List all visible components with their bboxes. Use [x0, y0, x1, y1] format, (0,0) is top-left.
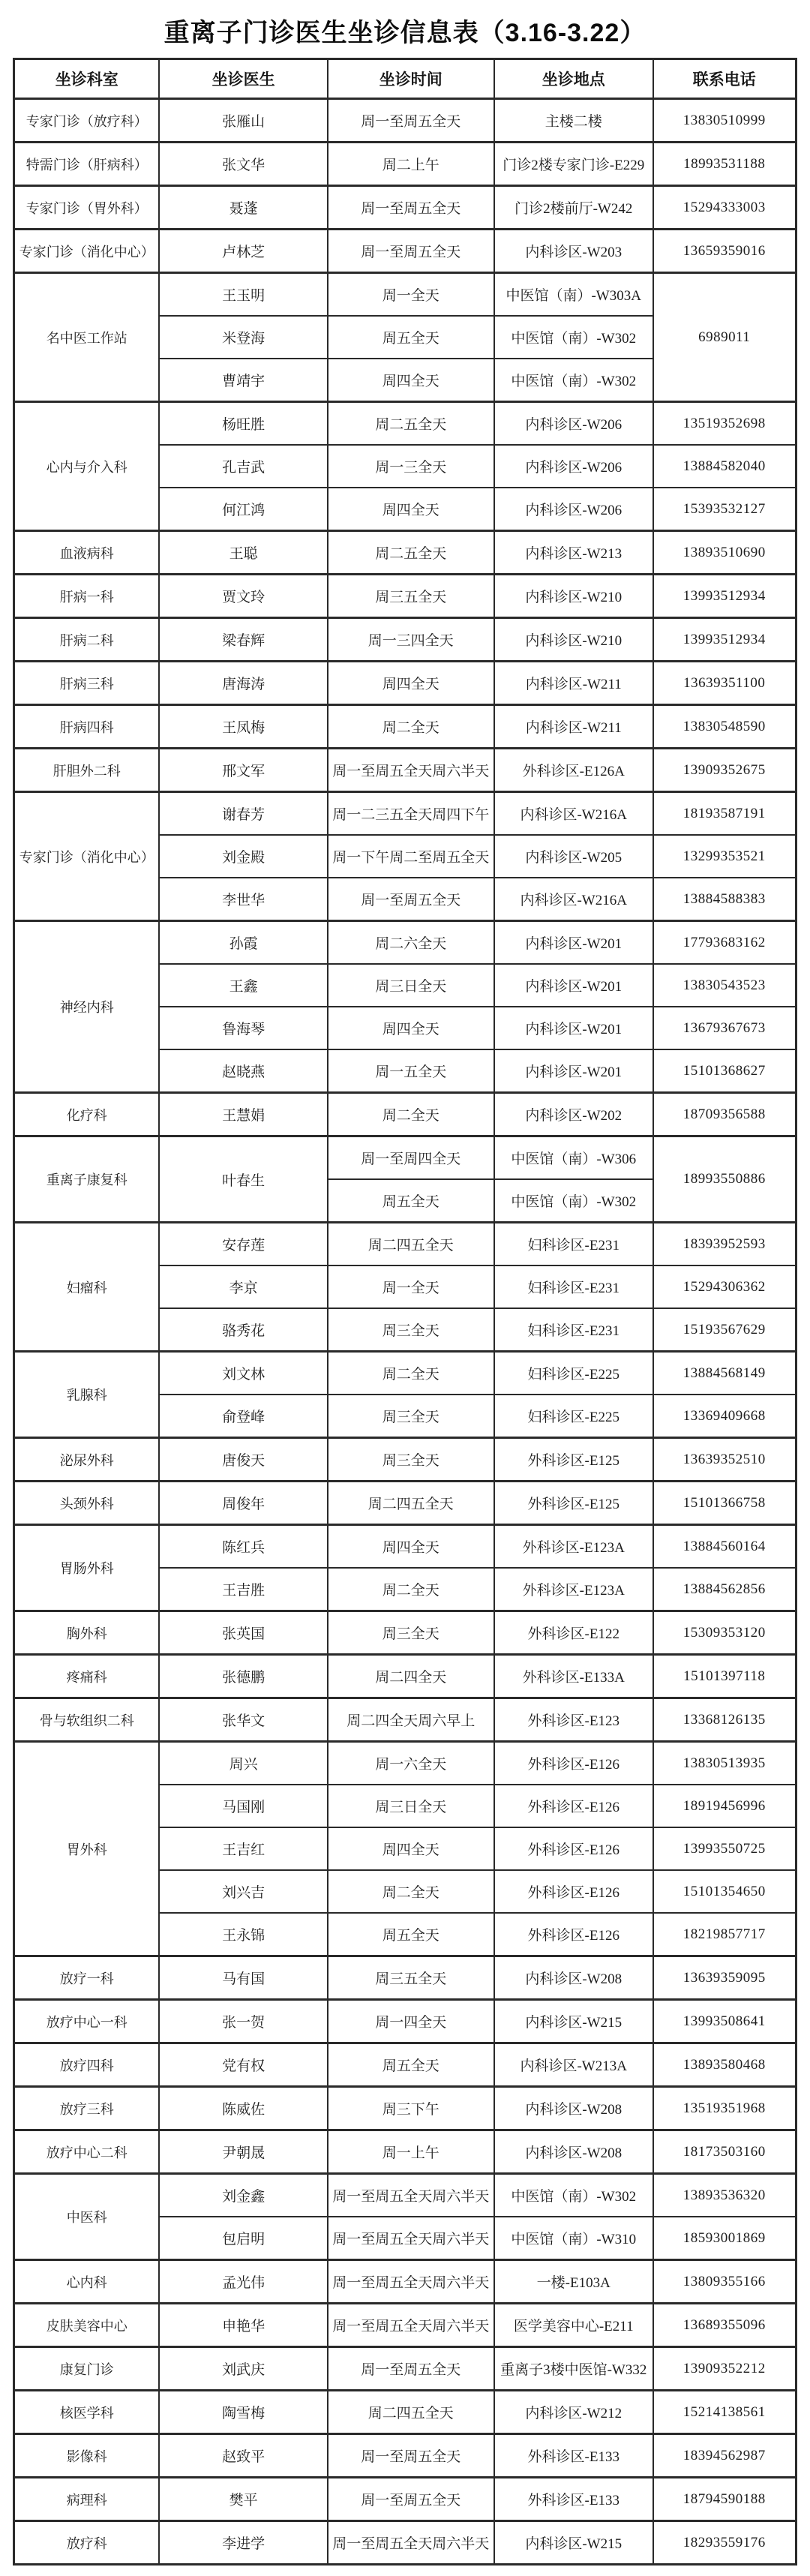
time-cell: 周一至周五全天 — [328, 230, 494, 273]
location-cell: 内科诊区-W216A — [494, 792, 653, 836]
doctor-cell: 马国刚 — [159, 1785, 327, 1827]
time-cell: 周二全天 — [328, 1568, 494, 1611]
location-cell: 妇科诊区-E225 — [494, 1352, 653, 1395]
doctor-cell: 赵晓燕 — [159, 1049, 327, 1093]
location-cell: 外科诊区-E126 — [494, 1785, 653, 1827]
phone-cell: 17793683162 — [653, 921, 796, 965]
column-header-doctor: 坐诊医生 — [159, 59, 327, 99]
location-cell: 外科诊区-E133 — [494, 2478, 653, 2521]
table-row: 头颈外科周俊年周二四五全天外科诊区-E12515101366758 — [14, 1482, 796, 1525]
location-cell: 外科诊区-E126A — [494, 749, 653, 792]
table-row: 核医学科陶雪梅周二四五全天内科诊区-W21215214138561 — [14, 2391, 796, 2434]
location-cell: 外科诊区-E126 — [494, 1913, 653, 1956]
department-cell: 肝病一科 — [14, 575, 160, 618]
doctor-cell: 王鑫 — [159, 964, 327, 1007]
time-cell: 周一至周五全天 — [328, 99, 494, 143]
table-row: 肝胆外二科邢文军周一至周五全天周六半天外科诊区-E126A13909352675 — [14, 749, 796, 792]
phone-cell: 15214138561 — [653, 2391, 796, 2434]
department-cell: 专家门诊（放疗科） — [14, 99, 160, 143]
phone-cell: 18709356588 — [653, 1093, 796, 1136]
location-cell: 中医馆（南）-W302 — [494, 2174, 653, 2217]
location-cell: 外科诊区-E123A — [494, 1525, 653, 1569]
location-cell: 中医馆（南）-W302 — [494, 316, 653, 359]
doctor-cell: 曹靖宇 — [159, 359, 327, 402]
doctor-cell: 包启明 — [159, 2217, 327, 2260]
phone-cell: 6989011 — [653, 273, 796, 402]
location-cell: 内科诊区-W210 — [494, 618, 653, 662]
location-cell: 中医馆（南）-W306 — [494, 1136, 653, 1180]
phone-cell: 13893510690 — [653, 531, 796, 575]
phone-cell: 13884562856 — [653, 1568, 796, 1611]
phone-cell: 15309353120 — [653, 1611, 796, 1655]
location-cell: 内科诊区-W201 — [494, 1049, 653, 1093]
time-cell: 周一至周五全天 — [328, 2347, 494, 2391]
table-row: 特需门诊（肝病科）张文华周二上午门诊2楼专家门诊-E22918993531188 — [14, 143, 796, 186]
location-cell: 重离子3楼中医馆-W332 — [494, 2347, 653, 2391]
doctor-cell: 孔吉武 — [159, 445, 327, 488]
phone-cell: 13884582040 — [653, 445, 796, 488]
phone-cell: 13679367673 — [653, 1007, 796, 1049]
doctor-cell: 卢林芝 — [159, 230, 327, 273]
phone-cell: 13993508641 — [653, 2000, 796, 2043]
phone-cell: 13830513935 — [653, 1742, 796, 1785]
phone-cell: 13830548590 — [653, 705, 796, 749]
location-cell: 内科诊区-W201 — [494, 1007, 653, 1049]
time-cell: 周四全天 — [328, 488, 494, 531]
phone-cell: 15101366758 — [653, 1482, 796, 1525]
phone-cell: 13639351100 — [653, 662, 796, 705]
doctor-cell: 张雁山 — [159, 99, 327, 143]
location-cell: 一楼-E103A — [494, 2260, 653, 2304]
time-cell: 周一至周五全天 — [328, 878, 494, 921]
table-title: 重离子门诊医生坐诊信息表（3.16-3.22） — [0, 12, 810, 49]
time-cell: 周三日全天 — [328, 1785, 494, 1827]
location-cell: 内科诊区-W206 — [494, 488, 653, 531]
phone-cell: 15101368627 — [653, 1049, 796, 1093]
department-cell: 肝胆外二科 — [14, 749, 160, 792]
time-cell: 周一上午 — [328, 2130, 494, 2174]
doctor-cell: 樊平 — [159, 2478, 327, 2521]
department-cell: 头颈外科 — [14, 1482, 160, 1525]
location-cell: 内科诊区-W208 — [494, 2130, 653, 2174]
phone-cell: 18173503160 — [653, 2130, 796, 2174]
time-cell: 周二全天 — [328, 705, 494, 749]
table-row: 肝病二科梁春辉周一三四全天内科诊区-W21013993512934 — [14, 618, 796, 662]
phone-cell: 15294306362 — [653, 1265, 796, 1308]
table-row: 放疗科李进学周一至周五全天周六半天内科诊区-W21518293559176 — [14, 2521, 796, 2565]
doctor-cell: 刘金鑫 — [159, 2174, 327, 2217]
phone-cell: 13993550725 — [653, 1827, 796, 1870]
doctor-cell: 陶雪梅 — [159, 2391, 327, 2434]
doctor-cell: 王玉明 — [159, 273, 327, 317]
table-row: 放疗中心二科尹朝晟周一上午内科诊区-W20818173503160 — [14, 2130, 796, 2174]
time-cell: 周二五全天 — [328, 402, 494, 446]
table-row: 专家门诊（放疗科）张雁山周一至周五全天主楼二楼13830510999 — [14, 99, 796, 143]
doctor-cell: 李进学 — [159, 2521, 327, 2565]
department-cell: 皮肤美容中心 — [14, 2304, 160, 2347]
department-cell: 肝病三科 — [14, 662, 160, 705]
table-row: 骨与软组织二科张华文周二四全天周六早上外科诊区-E12313368126135 — [14, 1698, 796, 1742]
department-cell: 核医学科 — [14, 2391, 160, 2434]
doctor-cell: 张一贺 — [159, 2000, 327, 2043]
doctor-cell: 周俊年 — [159, 1482, 327, 1525]
doctor-cell: 周兴 — [159, 1742, 327, 1785]
department-cell: 重离子康复科 — [14, 1136, 160, 1223]
time-cell: 周二上午 — [328, 143, 494, 186]
department-cell: 放疗一科 — [14, 1956, 160, 2000]
table-row: 中医科刘金鑫周一至周五全天周六半天中医馆（南）-W30213893536320 — [14, 2174, 796, 2217]
time-cell: 周二四五全天 — [328, 2391, 494, 2434]
department-cell: 疼痛科 — [14, 1655, 160, 1698]
table-row: 疼痛科张德鹏周二四全天外科诊区-E133A15101397118 — [14, 1655, 796, 1698]
department-cell: 放疗三科 — [14, 2087, 160, 2130]
location-cell: 内科诊区-W208 — [494, 2087, 653, 2130]
location-cell: 外科诊区-E126 — [494, 1827, 653, 1870]
doctor-cell: 王慧娟 — [159, 1093, 327, 1136]
location-cell: 外科诊区-E133 — [494, 2434, 653, 2478]
time-cell: 周一至周五全天周六半天 — [328, 749, 494, 792]
time-cell: 周二四五全天 — [328, 1482, 494, 1525]
doctor-cell: 叶春生 — [159, 1136, 327, 1223]
time-cell: 周二四全天 — [328, 1655, 494, 1698]
doctor-cell: 米登海 — [159, 316, 327, 359]
time-cell: 周一至周五全天 — [328, 186, 494, 230]
time-cell: 周四全天 — [328, 359, 494, 402]
department-cell: 专家门诊（胃外科） — [14, 186, 160, 230]
location-cell: 内科诊区-W212 — [494, 2391, 653, 2434]
location-cell: 主楼二楼 — [494, 99, 653, 143]
doctor-cell: 骆秀花 — [159, 1308, 327, 1352]
location-cell: 妇科诊区-E231 — [494, 1308, 653, 1352]
doctor-cell: 鲁海琴 — [159, 1007, 327, 1049]
location-cell: 外科诊区-E125 — [494, 1438, 653, 1482]
doctor-cell: 李世华 — [159, 878, 327, 921]
page: 重离子门诊医生坐诊信息表（3.16-3.22） 坐诊科室 坐诊医生 坐诊时间 坐… — [0, 12, 810, 2565]
location-cell: 中医馆（南）-W302 — [494, 359, 653, 402]
doctor-cell: 王永锦 — [159, 1913, 327, 1956]
time-cell: 周三五全天 — [328, 1956, 494, 2000]
table-row: 肝病三科唐海涛周四全天内科诊区-W21113639351100 — [14, 662, 796, 705]
table-row: 放疗中心一科张一贺周一四全天内科诊区-W21513993508641 — [14, 2000, 796, 2043]
department-cell: 血液病科 — [14, 531, 160, 575]
location-cell: 内科诊区-W202 — [494, 1093, 653, 1136]
doctor-cell: 安存莲 — [159, 1223, 327, 1266]
department-cell: 病理科 — [14, 2478, 160, 2521]
location-cell: 外科诊区-E125 — [494, 1482, 653, 1525]
location-cell: 中医馆（南）-W303A — [494, 273, 653, 317]
department-cell: 中医科 — [14, 2174, 160, 2260]
time-cell: 周二全天 — [328, 1870, 494, 1913]
department-cell: 胃肠外科 — [14, 1525, 160, 1611]
doctor-cell: 王聪 — [159, 531, 327, 575]
location-cell: 内科诊区-W206 — [494, 445, 653, 488]
location-cell: 外科诊区-E126 — [494, 1870, 653, 1913]
table-row: 化疗科王慧娟周二全天内科诊区-W20218709356588 — [14, 1093, 796, 1136]
time-cell: 周二全天 — [328, 1093, 494, 1136]
phone-cell: 13909352675 — [653, 749, 796, 792]
doctor-cell: 陈红兵 — [159, 1525, 327, 1569]
header-row: 坐诊科室 坐诊医生 坐诊时间 坐诊地点 联系电话 — [14, 59, 796, 99]
phone-cell: 13830510999 — [653, 99, 796, 143]
doctor-cell: 王吉胜 — [159, 1568, 327, 1611]
table-row: 康复门诊刘武庆周一至周五全天重离子3楼中医馆-W33213909352212 — [14, 2347, 796, 2391]
time-cell: 周四全天 — [328, 1007, 494, 1049]
table-row: 专家门诊（消化中心）谢春芳周一二三五全天周四下午内科诊区-W216A181935… — [14, 792, 796, 836]
doctor-cell: 刘金殿 — [159, 835, 327, 878]
time-cell: 周一至周五全天周六半天 — [328, 2217, 494, 2260]
table-row: 乳腺科刘文林周二全天妇科诊区-E22513884568149 — [14, 1352, 796, 1395]
time-cell: 周五全天 — [328, 1179, 494, 1223]
table-row: 专家门诊（胃外科）聂蓬周一至周五全天门诊2楼前厅-W24215294333003 — [14, 186, 796, 230]
time-cell: 周四全天 — [328, 1525, 494, 1569]
time-cell: 周三五全天 — [328, 575, 494, 618]
phone-cell: 15294333003 — [653, 186, 796, 230]
department-cell: 放疗科 — [14, 2521, 160, 2565]
department-cell: 特需门诊（肝病科） — [14, 143, 160, 186]
doctor-cell: 刘文林 — [159, 1352, 327, 1395]
location-cell: 中医馆（南）-W302 — [494, 1179, 653, 1223]
time-cell: 周二六全天 — [328, 921, 494, 965]
time-cell: 周一四全天 — [328, 2000, 494, 2043]
department-cell: 胸外科 — [14, 1611, 160, 1655]
department-cell: 影像科 — [14, 2434, 160, 2478]
table-row: 放疗四科党有权周五全天内科诊区-W213A13893580468 — [14, 2043, 796, 2087]
doctor-cell: 刘兴吉 — [159, 1870, 327, 1913]
time-cell: 周二四全天周六早上 — [328, 1698, 494, 1742]
table-row: 病理科樊平周一至周五全天外科诊区-E13318794590188 — [14, 2478, 796, 2521]
time-cell: 周一下午周二至周五全天 — [328, 835, 494, 878]
phone-cell: 13659359016 — [653, 230, 796, 273]
time-cell: 周三下午 — [328, 2087, 494, 2130]
doctor-cell: 梁春辉 — [159, 618, 327, 662]
time-cell: 周一至周五全天周六半天 — [328, 2260, 494, 2304]
phone-cell: 13830543523 — [653, 964, 796, 1007]
phone-cell: 15101397118 — [653, 1655, 796, 1698]
phone-cell: 13519351968 — [653, 2087, 796, 2130]
phone-cell: 18293559176 — [653, 2521, 796, 2565]
doctor-cell: 李京 — [159, 1265, 327, 1308]
doctor-cell: 孟光伟 — [159, 2260, 327, 2304]
time-cell: 周五全天 — [328, 1913, 494, 1956]
doctor-cell: 陈威佐 — [159, 2087, 327, 2130]
table-row: 胃外科周兴周一六全天外科诊区-E12613830513935 — [14, 1742, 796, 1785]
doctor-cell: 张文华 — [159, 143, 327, 186]
department-cell: 放疗四科 — [14, 2043, 160, 2087]
time-cell: 周一至周四全天 — [328, 1136, 494, 1180]
department-cell: 妇瘤科 — [14, 1223, 160, 1352]
department-cell: 肝病二科 — [14, 618, 160, 662]
phone-cell: 13519352698 — [653, 402, 796, 446]
location-cell: 中医馆（南）-W310 — [494, 2217, 653, 2260]
location-cell: 内科诊区-W201 — [494, 964, 653, 1007]
time-cell: 周二全天 — [328, 1352, 494, 1395]
doctor-cell: 尹朝晟 — [159, 2130, 327, 2174]
table-row: 皮肤美容中心申艳华周一至周五全天周六半天医学美容中心-E211136893550… — [14, 2304, 796, 2347]
time-cell: 周四全天 — [328, 1827, 494, 1870]
phone-cell: 13893536320 — [653, 2174, 796, 2217]
phone-cell: 18393952593 — [653, 1223, 796, 1266]
location-cell: 内科诊区-W201 — [494, 921, 653, 965]
time-cell: 周一至周五全天 — [328, 2478, 494, 2521]
department-cell: 专家门诊（消化中心） — [14, 230, 160, 273]
table-row: 肝病四科王凤梅周二全天内科诊区-W21113830548590 — [14, 705, 796, 749]
doctor-cell: 贾文玲 — [159, 575, 327, 618]
time-cell: 周一至周五全天周六半天 — [328, 2521, 494, 2565]
location-cell: 外科诊区-E126 — [494, 1742, 653, 1785]
location-cell: 妇科诊区-E225 — [494, 1395, 653, 1438]
column-header-time: 坐诊时间 — [328, 59, 494, 99]
location-cell: 门诊2楼前厅-W242 — [494, 186, 653, 230]
time-cell: 周一五全天 — [328, 1049, 494, 1093]
phone-cell: 13639359095 — [653, 1956, 796, 2000]
doctor-cell: 马有国 — [159, 1956, 327, 2000]
doctor-cell: 唐俊天 — [159, 1438, 327, 1482]
column-header-department: 坐诊科室 — [14, 59, 160, 99]
department-cell: 专家门诊（消化中心） — [14, 792, 160, 921]
location-cell: 医学美容中心-E211 — [494, 2304, 653, 2347]
location-cell: 内科诊区-W210 — [494, 575, 653, 618]
location-cell: 外科诊区-E133A — [494, 1655, 653, 1698]
time-cell: 周一二三五全天周四下午 — [328, 792, 494, 836]
table-row: 放疗一科马有国周三五全天内科诊区-W20813639359095 — [14, 1956, 796, 2000]
phone-cell: 13893580468 — [653, 2043, 796, 2087]
phone-cell: 13689355096 — [653, 2304, 796, 2347]
department-cell: 胃外科 — [14, 1742, 160, 1956]
location-cell: 内科诊区-W205 — [494, 835, 653, 878]
phone-cell: 13993512934 — [653, 575, 796, 618]
time-cell: 周一至周五全天 — [328, 2434, 494, 2478]
location-cell: 内科诊区-W211 — [494, 705, 653, 749]
department-cell: 乳腺科 — [14, 1352, 160, 1438]
phone-cell: 15393532127 — [653, 488, 796, 531]
table-row: 神经内科孙霞周二六全天内科诊区-W20117793683162 — [14, 921, 796, 965]
doctor-cell: 王吉红 — [159, 1827, 327, 1870]
table-row: 心内科孟光伟周一至周五全天周六半天一楼-E103A13809355166 — [14, 2260, 796, 2304]
table-row: 影像科赵致平周一至周五全天外科诊区-E13318394562987 — [14, 2434, 796, 2478]
location-cell: 内科诊区-W211 — [494, 662, 653, 705]
table-row: 心内与介入科杨旺胜周二五全天内科诊区-W20613519352698 — [14, 402, 796, 446]
time-cell: 周五全天 — [328, 2043, 494, 2087]
doctor-cell: 孙霞 — [159, 921, 327, 965]
time-cell: 周一三四全天 — [328, 618, 494, 662]
department-cell: 骨与软组织二科 — [14, 1698, 160, 1742]
phone-cell: 18593001869 — [653, 2217, 796, 2260]
department-cell: 泌尿外科 — [14, 1438, 160, 1482]
phone-cell: 13639352510 — [653, 1438, 796, 1482]
phone-cell: 18193587191 — [653, 792, 796, 836]
location-cell: 内科诊区-W215 — [494, 2000, 653, 2043]
column-header-location: 坐诊地点 — [494, 59, 653, 99]
phone-cell: 18794590188 — [653, 2478, 796, 2521]
location-cell: 内科诊区-W216A — [494, 878, 653, 921]
department-cell: 康复门诊 — [14, 2347, 160, 2391]
doctor-cell: 王凤梅 — [159, 705, 327, 749]
time-cell: 周二五全天 — [328, 531, 494, 575]
location-cell: 内科诊区-W206 — [494, 402, 653, 446]
location-cell: 外科诊区-E123A — [494, 1568, 653, 1611]
doctor-cell: 聂蓬 — [159, 186, 327, 230]
location-cell: 妇科诊区-E231 — [494, 1223, 653, 1266]
phone-cell: 13884560164 — [653, 1525, 796, 1569]
phone-cell: 18219857717 — [653, 1913, 796, 1956]
time-cell: 周一全天 — [328, 273, 494, 317]
location-cell: 门诊2楼专家门诊-E229 — [494, 143, 653, 186]
time-cell: 周三全天 — [328, 1308, 494, 1352]
doctor-cell: 张英国 — [159, 1611, 327, 1655]
department-cell: 心内科 — [14, 2260, 160, 2304]
phone-cell: 18993531188 — [653, 143, 796, 186]
time-cell: 周一六全天 — [328, 1742, 494, 1785]
time-cell: 周二四五全天 — [328, 1223, 494, 1266]
table-row: 泌尿外科唐俊天周三全天外科诊区-E12513639352510 — [14, 1438, 796, 1482]
table-row: 名中医工作站王玉明周一全天中医馆（南）-W303A6989011 — [14, 273, 796, 317]
phone-cell: 18919456996 — [653, 1785, 796, 1827]
table-row: 专家门诊（消化中心）卢林芝周一至周五全天内科诊区-W20313659359016 — [14, 230, 796, 273]
phone-cell: 13369409668 — [653, 1395, 796, 1438]
phone-cell: 13909352212 — [653, 2347, 796, 2391]
time-cell: 周三全天 — [328, 1438, 494, 1482]
phone-cell: 13368126135 — [653, 1698, 796, 1742]
phone-cell: 13299353521 — [653, 835, 796, 878]
table-row: 重离子康复科叶春生周一至周四全天中医馆（南）-W30618993550886 — [14, 1136, 796, 1180]
table-row: 胃肠外科陈红兵周四全天外科诊区-E123A13884560164 — [14, 1525, 796, 1569]
location-cell: 妇科诊区-E231 — [494, 1265, 653, 1308]
department-cell: 名中医工作站 — [14, 273, 160, 402]
table-row: 妇瘤科安存莲周二四五全天妇科诊区-E23118393952593 — [14, 1223, 796, 1266]
department-cell: 化疗科 — [14, 1093, 160, 1136]
time-cell: 周一全天 — [328, 1265, 494, 1308]
department-cell: 放疗中心一科 — [14, 2000, 160, 2043]
phone-cell: 18993550886 — [653, 1136, 796, 1223]
time-cell: 周三全天 — [328, 1395, 494, 1438]
time-cell: 周一至周五全天周六半天 — [328, 2304, 494, 2347]
table-row: 血液病科王聪周二五全天内科诊区-W21313893510690 — [14, 531, 796, 575]
location-cell: 外科诊区-E122 — [494, 1611, 653, 1655]
location-cell: 内科诊区-W215 — [494, 2521, 653, 2565]
department-cell: 肝病四科 — [14, 705, 160, 749]
department-cell: 神经内科 — [14, 921, 160, 1093]
phone-cell: 15101354650 — [653, 1870, 796, 1913]
phone-cell: 13884588383 — [653, 878, 796, 921]
doctor-cell: 张华文 — [159, 1698, 327, 1742]
doctor-cell: 党有权 — [159, 2043, 327, 2087]
department-cell: 放疗中心二科 — [14, 2130, 160, 2174]
time-cell: 周三日全天 — [328, 964, 494, 1007]
column-header-phone: 联系电话 — [653, 59, 796, 99]
phone-cell: 18394562987 — [653, 2434, 796, 2478]
department-cell: 心内与介入科 — [14, 402, 160, 531]
time-cell: 周五全天 — [328, 316, 494, 359]
doctor-cell: 邢文军 — [159, 749, 327, 792]
phone-cell: 15193567629 — [653, 1308, 796, 1352]
time-cell: 周一三全天 — [328, 445, 494, 488]
doctor-cell: 刘武庆 — [159, 2347, 327, 2391]
phone-cell: 13884568149 — [653, 1352, 796, 1395]
location-cell: 外科诊区-E123 — [494, 1698, 653, 1742]
time-cell: 周三全天 — [328, 1611, 494, 1655]
doctor-cell: 申艳华 — [159, 2304, 327, 2347]
location-cell: 内科诊区-W203 — [494, 230, 653, 273]
table-row: 肝病一科贾文玲周三五全天内科诊区-W21013993512934 — [14, 575, 796, 618]
phone-cell: 13993512934 — [653, 618, 796, 662]
schedule-table: 坐诊科室 坐诊医生 坐诊时间 坐诊地点 联系电话 专家门诊（放疗科）张雁山周一至… — [13, 58, 797, 2565]
location-cell: 内科诊区-W213 — [494, 531, 653, 575]
table-row: 放疗三科陈威佐周三下午内科诊区-W20813519351968 — [14, 2087, 796, 2130]
table-row: 胸外科张英国周三全天外科诊区-E12215309353120 — [14, 1611, 796, 1655]
phone-cell: 13809355166 — [653, 2260, 796, 2304]
doctor-cell: 唐海涛 — [159, 662, 327, 705]
doctor-cell: 俞登峰 — [159, 1395, 327, 1438]
